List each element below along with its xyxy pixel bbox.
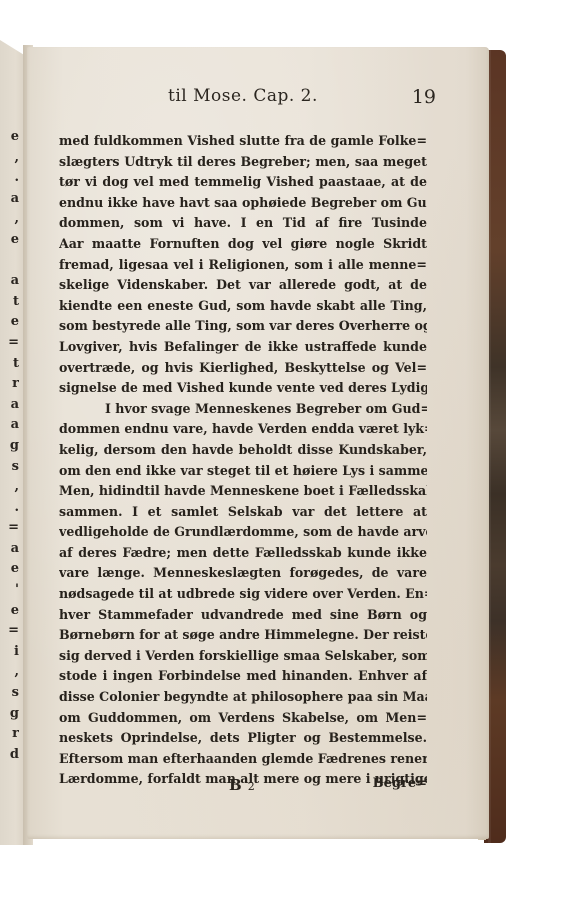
- left-line-end: r: [3, 374, 19, 395]
- text-line: dommen, som vi have. I en Tid af fire Tu…: [59, 213, 427, 234]
- text-line: signelse de med Vished kunde vente ved d…: [59, 378, 427, 399]
- text-line: overtræde, og hvis Kierlighed, Beskyttel…: [59, 358, 427, 379]
- text-line: Eftersom man efterhaanden glemde Fædrene…: [59, 749, 427, 770]
- running-head-title: til Mose. Cap. 2.: [168, 86, 318, 106]
- page-footer: B2 Begre=: [59, 776, 427, 798]
- text-line: fremad, ligesaa vel i Religionen, som i …: [59, 255, 427, 276]
- left-line-end: a: [3, 271, 19, 292]
- body-text: med fuldkommen Vished slutte fra de gaml…: [59, 131, 427, 790]
- text-line: kelig, dersom den havde beholdt disse Ku…: [59, 440, 427, 461]
- left-line-end: e: [3, 601, 19, 622]
- text-line: stode i ingen Forbindelse med hinanden. …: [59, 666, 427, 687]
- left-line-end: t: [3, 292, 19, 313]
- text-line: Men, hidindtil havde Menneskene boet i F…: [59, 481, 427, 502]
- text-line: om Guddommen, om Verdens Skabelse, om Me…: [59, 708, 427, 729]
- left-line-end: ,: [3, 209, 19, 230]
- left-line-end: .: [3, 498, 19, 519]
- left-line-end: ,: [3, 662, 19, 683]
- text-line: Aar maatte Fornuften dog vel giøre nogle…: [59, 234, 427, 255]
- page-number: 19: [412, 86, 436, 108]
- text-line: I hvor svage Menneskenes Begreber om Gud…: [59, 399, 427, 420]
- left-line-end: e: [3, 559, 19, 580]
- left-line-end: a: [3, 539, 19, 560]
- text-line: endnu ikke have havt saa ophøiede Begreb…: [59, 193, 427, 214]
- text-line: slægters Udtryk til deres Begreber; men,…: [59, 152, 427, 173]
- left-line-end: d: [3, 745, 19, 766]
- left-line-end: a: [3, 415, 19, 436]
- text-line: hver Stammefader udvandrede med sine Bør…: [59, 605, 427, 626]
- left-line-end: e: [3, 312, 19, 333]
- text-line: om den end ikke var steget til et høiere…: [59, 461, 427, 482]
- text-line: med fuldkommen Vished slutte fra de gaml…: [59, 131, 427, 152]
- text-line: sammen. I et samlet Selskab var det lett…: [59, 502, 427, 523]
- text-line: Lovgiver, hvis Befalinger de ikke ustraf…: [59, 337, 427, 358]
- text-line: Børnebørn for at søge andre Himmelegne. …: [59, 625, 427, 646]
- text-line: tør vi dog vel med temmelig Vished paast…: [59, 172, 427, 193]
- text-line: som bestyrede alle Ting, som var deres O…: [59, 316, 427, 337]
- signature-letter: B: [229, 776, 242, 794]
- left-line-end: g: [3, 436, 19, 457]
- left-line-end: =: [3, 518, 19, 539]
- text-line: kiendte een eneste Gud, som havde skabt …: [59, 296, 427, 317]
- left-line-end: t: [3, 354, 19, 375]
- text-line: vedligeholde de Grundlærdomme, som de ha…: [59, 522, 427, 543]
- left-line-end: g: [3, 704, 19, 725]
- text-line: af deres Fædre; men dette Fælledsskab ku…: [59, 543, 427, 564]
- left-line-end: i: [3, 642, 19, 663]
- text-line: neskets Oprindelse, dets Pligter og Best…: [59, 728, 427, 749]
- left-line-end: a: [3, 395, 19, 416]
- left-line-end: ': [3, 580, 19, 601]
- left-line-end: .: [3, 168, 19, 189]
- text-line: vare længe. Menneskeslægten forøgedes, d…: [59, 563, 427, 584]
- left-line-end: a: [3, 189, 19, 210]
- catchword: Begre=: [373, 776, 427, 791]
- left-line-end: =: [3, 621, 19, 642]
- left-line-end: s: [3, 457, 19, 478]
- left-line-end: e: [3, 230, 19, 251]
- text-line: dommen endnu vare, havde Verden endda væ…: [59, 419, 427, 440]
- left-page-line-ends: e,.a,eate=traags,.=ae'e=i,sgrd: [3, 127, 19, 765]
- left-line-end: s: [3, 683, 19, 704]
- left-line-end: =: [3, 333, 19, 354]
- left-line-end: ,: [3, 477, 19, 498]
- left-line-end: ,: [3, 148, 19, 169]
- left-line-end: e: [3, 127, 19, 148]
- text-line: disse Colonier begyndte at philosophere …: [59, 687, 427, 708]
- left-line-end: [3, 251, 19, 272]
- text-line: sig derved i Verden forskiellige smaa Se…: [59, 646, 427, 667]
- signature-mark: B2: [229, 776, 255, 794]
- left-line-end: r: [3, 724, 19, 745]
- signature-number: 2: [248, 780, 255, 793]
- text-line: skelige Videnskaber. Det var allerede go…: [59, 275, 427, 296]
- text-line: nødsagede til at udbrede sig videre over…: [59, 584, 427, 605]
